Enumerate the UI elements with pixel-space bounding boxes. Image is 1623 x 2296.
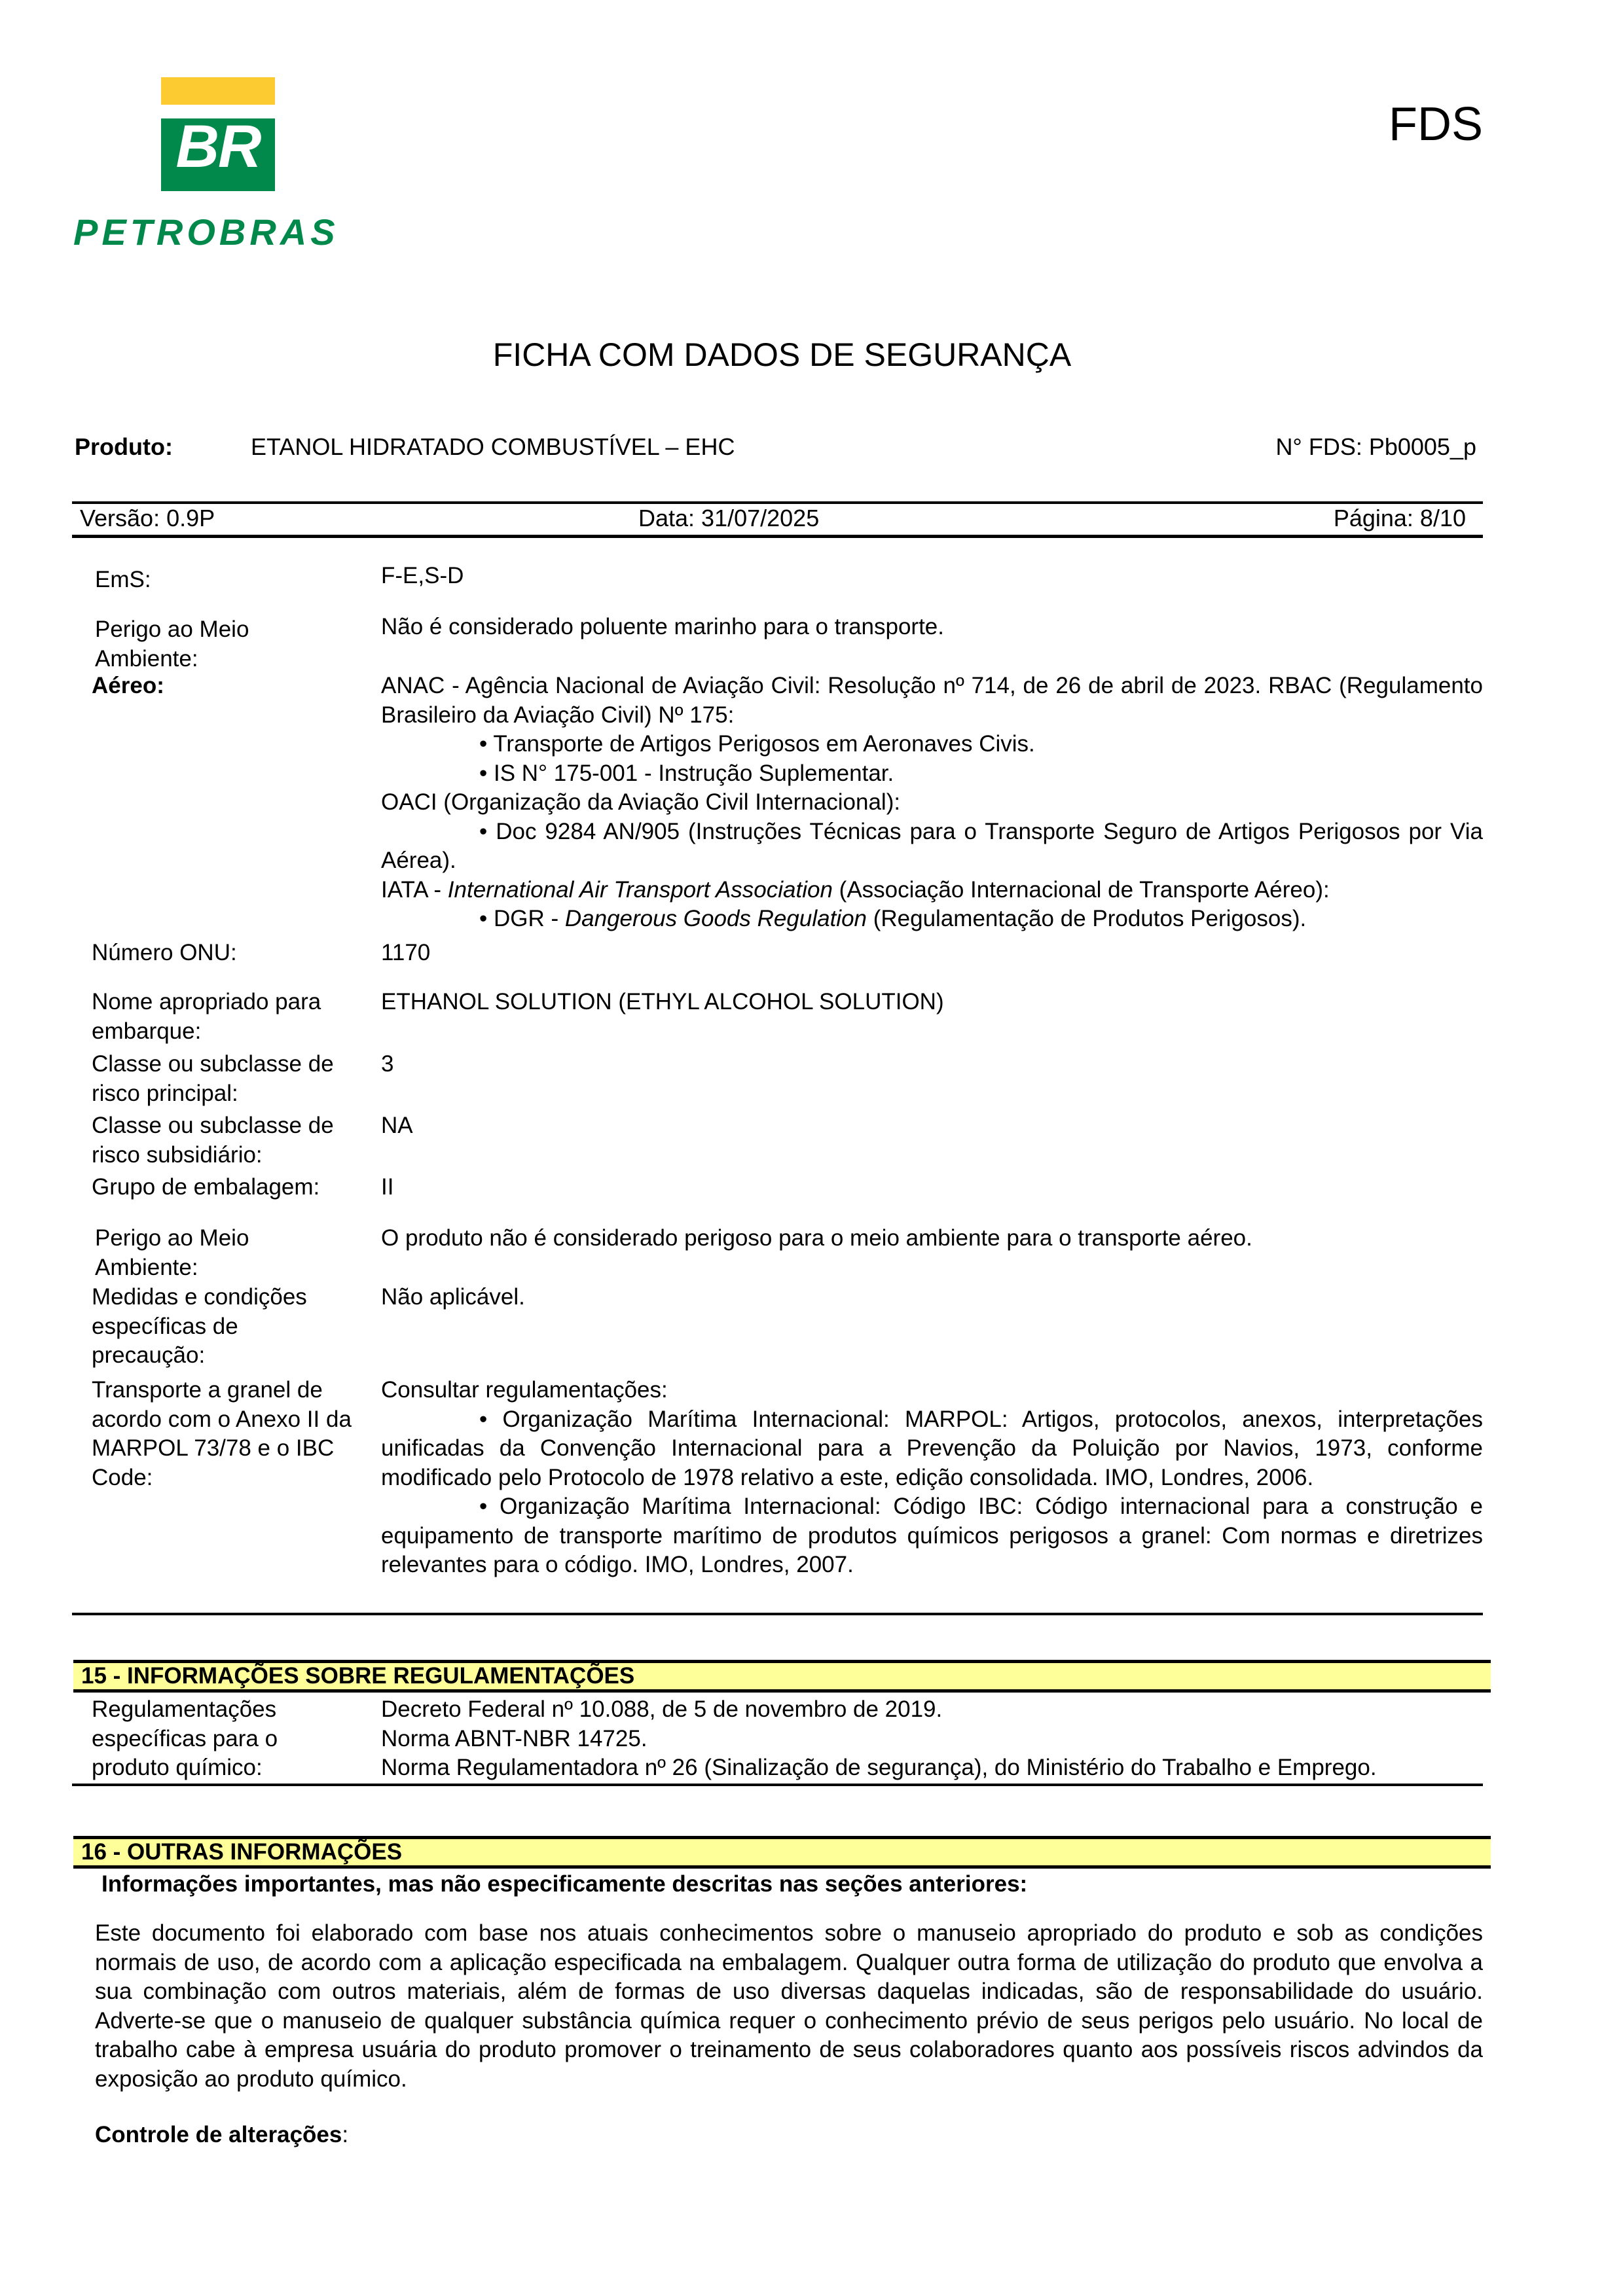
marine-env-label: Perigo ao Meio Ambiente: (95, 615, 291, 673)
divider (72, 1613, 1483, 1615)
change-control-label: Controle de alterações: (95, 2121, 1483, 2150)
row-value: NA (381, 1111, 1483, 1141)
list-item: • Organização Marítima Internacional: Có… (381, 1492, 1483, 1580)
fds-number: N° FDS: Pb0005_p (1275, 433, 1476, 461)
row-label: Nome apropriado para embarque: (92, 988, 373, 1046)
row-label: Perigo ao Meio Ambiente: (95, 1224, 291, 1282)
version: Versão: 0.9P (80, 504, 215, 533)
list-item: • DGR - Dangerous Goods Regulation (Regu… (381, 905, 1483, 934)
dgr-prefix: • DGR - (479, 906, 565, 931)
ems-label: EmS: (95, 565, 376, 595)
iata-name: International Air Transport Association (448, 877, 833, 903)
air-label: Aéreo: (92, 672, 373, 701)
row-label: Medidas e condições específicas de preca… (92, 1283, 327, 1371)
anac-text: ANAC - Agência Nacional de Aviação Civil… (381, 672, 1483, 730)
bulk-transport-label: Transporte a granel de acordo com o Anex… (92, 1376, 367, 1492)
list-item: Decreto Federal nº 10.088, de 5 de novem… (381, 1695, 1483, 1725)
list-item: • Doc 9284 AN/905 (Instruções Técnicas p… (381, 817, 1483, 876)
row-value: 1170 (381, 939, 1483, 968)
disclaimer-paragraph: Este documento foi elaborado com base no… (95, 1919, 1483, 2094)
bulk-transport-value: Consultar regulamentações: • Organização… (381, 1376, 1483, 1580)
page-title: FICHA COM DADOS DE SEGURANÇA (0, 335, 1564, 374)
product-label: Produto: (75, 433, 173, 461)
row-value: Não aplicável. (381, 1283, 1483, 1312)
date: Data: 31/07/2025 (638, 504, 819, 533)
logo-br-mark: BR (161, 118, 275, 171)
colon: : (342, 2122, 348, 2147)
iata-suffix: (Associação Internacional de Transporte … (833, 877, 1330, 903)
dgr-suffix: (Regulamentação de Produtos Perigosos). (867, 906, 1306, 931)
doc-type-tag: FDS (1389, 98, 1483, 151)
row-label: Classe ou subclasse de risco subsidiário… (92, 1111, 373, 1170)
section-16-header: 16 - OUTRAS INFORMAÇÕES (73, 1836, 1491, 1869)
list-item: • Organização Marítima Internacional: MA… (381, 1405, 1483, 1493)
regulations-list: Decreto Federal nº 10.088, de 5 de novem… (381, 1695, 1483, 1783)
air-regulations: ANAC - Agência Nacional de Aviação Civil… (381, 672, 1483, 934)
iata-text: IATA - International Air Transport Assoc… (381, 876, 1483, 905)
divider (72, 1784, 1483, 1786)
row-label: Classe ou subclasse de risco principal: (92, 1050, 373, 1108)
regulations-label: Regulamentações específicas para o produ… (92, 1695, 340, 1783)
marine-env-value: Não é considerado poluente marinho para … (381, 613, 1483, 642)
row-value: O produto não é considerado perigoso par… (381, 1224, 1483, 1253)
list-item: • IS N° 175-001 - Instrução Suplementar. (381, 759, 1483, 789)
row-value: II (381, 1173, 1483, 1202)
row-label: Grupo de embalagem: (92, 1173, 373, 1202)
list-item: • Transporte de Artigos Perigosos em Aer… (381, 730, 1483, 759)
list-item: Norma ABNT-NBR 14725. (381, 1725, 1483, 1754)
ems-value: F-E,S-D (381, 562, 1483, 591)
logo-wordmark: PETROBRAS (73, 213, 339, 252)
row-label: Número ONU: (92, 939, 373, 968)
list-item: Norma Regulamentadora nº 26 (Sinalização… (381, 1753, 1483, 1783)
divider (72, 535, 1483, 538)
row-value: ETHANOL SOLUTION (ETHYL ALCOHOL SOLUTION… (381, 988, 1483, 1017)
section-15-header: 15 - INFORMAÇÕES SOBRE REGULAMENTAÇÕES (73, 1660, 1491, 1693)
section-16-subtitle: Informações importantes, mas não especif… (101, 1870, 1489, 1899)
iata-prefix: IATA - (381, 877, 448, 903)
logo-yellow-bar (161, 77, 275, 105)
row-value: 3 (381, 1050, 1483, 1079)
change-control-title: Controle de alterações (95, 2122, 342, 2147)
product-name: ETANOL HIDRATADO COMBUSTÍVEL – EHC (251, 433, 735, 461)
bulk-intro: Consultar regulamentações: (381, 1376, 1483, 1405)
dgr-name: Dangerous Goods Regulation (565, 906, 867, 931)
page-number: Página: 8/10 (1334, 504, 1466, 533)
oaci-text: OACI (Organização da Aviação Civil Inter… (381, 788, 1483, 817)
